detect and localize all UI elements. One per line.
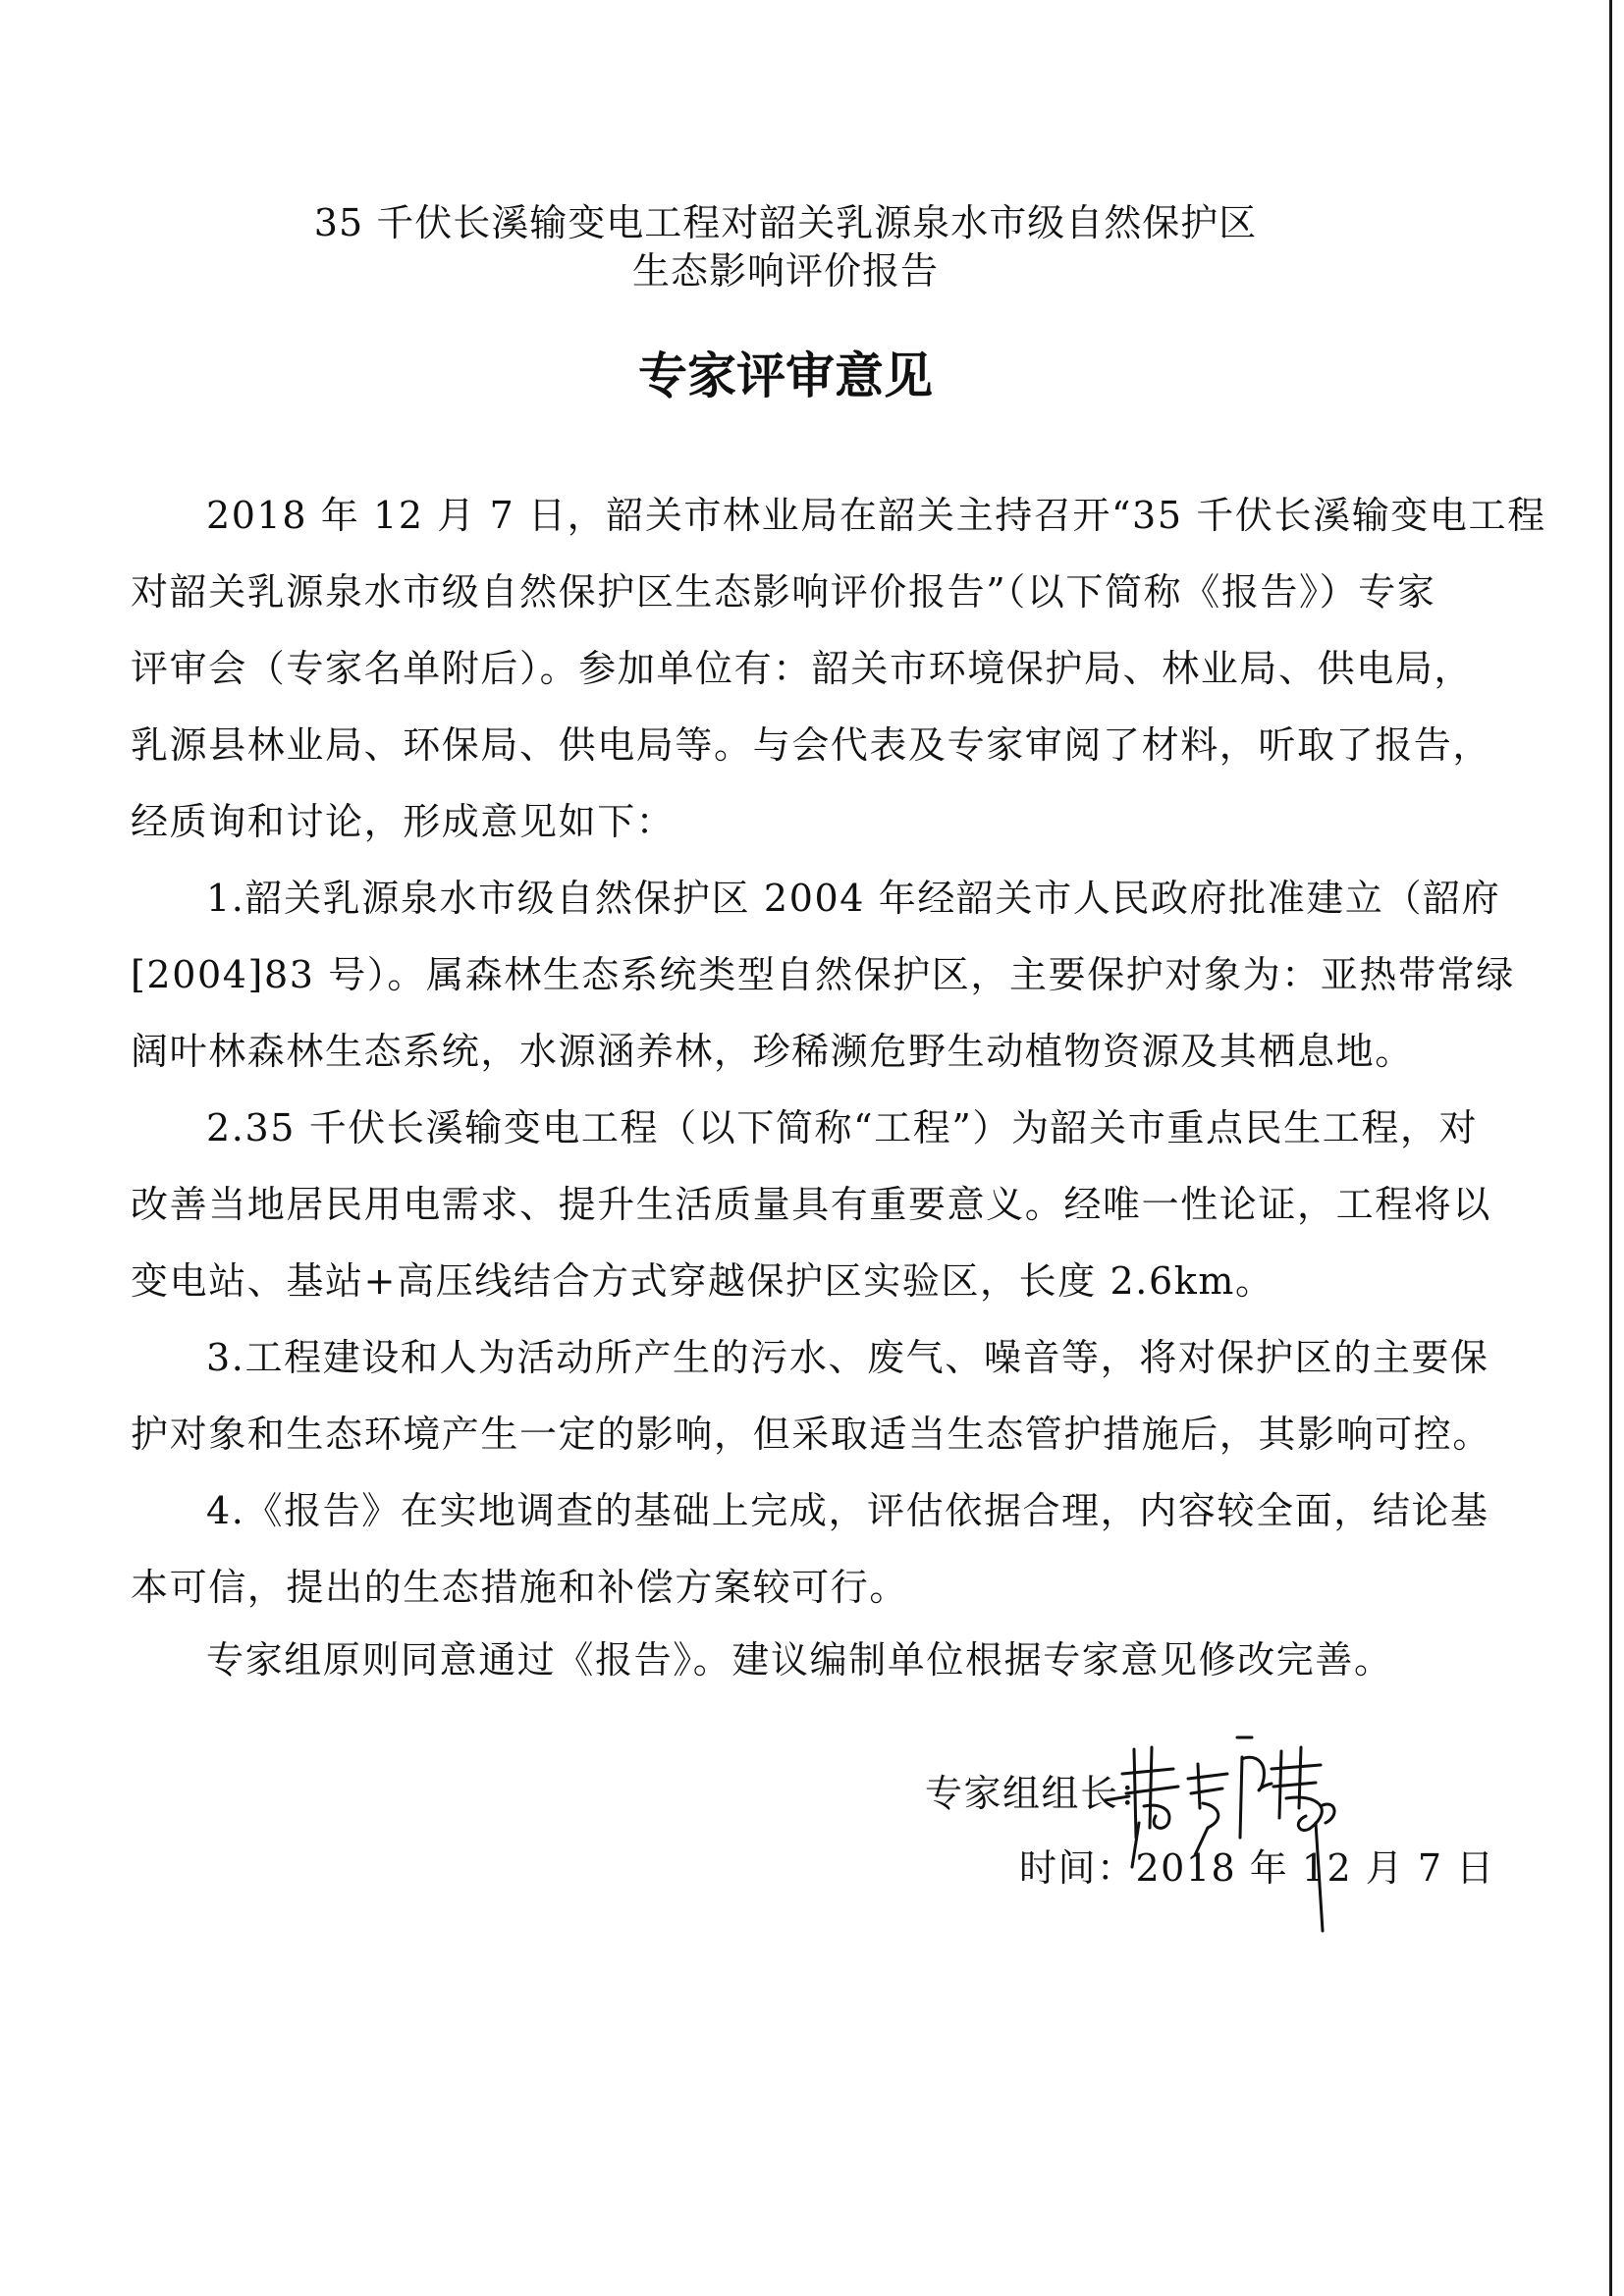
- body-line: 2.35 千伏长溪输变电工程（以下简称“工程”）为韶关市重点民生工程，对: [206, 1109, 1478, 1147]
- body-line: 对韶关乳源泉水市级自然保护区生态影响评价报告”（以下简称《报告》）专家: [131, 573, 1435, 611]
- title-line-1: 35 千伏长溪输变电工程对韶关乳源泉水市级自然保护区: [0, 204, 1571, 241]
- date-line: 时间：2018 年 12 月 7 日: [1019, 1849, 1495, 1887]
- body-line: 2018 年 12 月 7 日，韶关市林业局在韶关主持召开“35 千伏长溪输变电…: [206, 497, 1546, 534]
- scan-edge-line: [1609, 0, 1612, 2296]
- body-line: 变电站、基站+高压线结合方式穿越保护区实验区，长度 2.6km。: [131, 1262, 1274, 1300]
- body-line: 评审会（专家名单附后）。参加单位有：韶关市环境保护局、林业局、供电局，: [131, 650, 1473, 687]
- body-line: 阔叶林森林生态系统，水源涵养林，珍稀濒危野生动植物资源及其栖息地。: [131, 1033, 1414, 1070]
- body-line: 乳源县林业局、环保局、供电局等。与会代表及专家审阅了材料，听取了报告，: [131, 726, 1491, 764]
- body-line: 1.韶关乳源泉水市级自然保护区 2004 年经韶关市人民政府批准建立（韶府: [206, 880, 1500, 917]
- body-line: 护对象和生态环境产生一定的影响，但采取适当生态管护措施后，其影响可控。: [131, 1415, 1491, 1453]
- body-line: 4.《报告》在实地调查的基础上完成，评估依据合理，内容较全面，结论基: [206, 1492, 1489, 1529]
- body-line: [2004]83 号）。属森林生态系统类型自然保护区，主要保护对象为：亚热带常绿: [131, 956, 1515, 993]
- body-line: 改善当地居民用电需求、提升生活质量具有重要意义。经唯一性论证，工程将以: [131, 1186, 1491, 1223]
- body-line: 本可信，提出的生态措施和补偿方案较可行。: [131, 1569, 908, 1606]
- body-line: 经质询和讨论，形成意见如下：: [131, 803, 675, 840]
- title-line-2: 生态影响评价报告: [0, 252, 1571, 290]
- body-line: 专家组原则同意通过《报告》。建议编制单位根据专家意见修改完善。: [206, 1641, 1393, 1679]
- body-line: 3.工程建设和人为活动所产生的污水、废气、噪音等，将对保护区的主要保: [206, 1339, 1489, 1376]
- handwritten-signature-icon: [1105, 1730, 1399, 1936]
- page-heading: 专家评审意见: [0, 351, 1571, 400]
